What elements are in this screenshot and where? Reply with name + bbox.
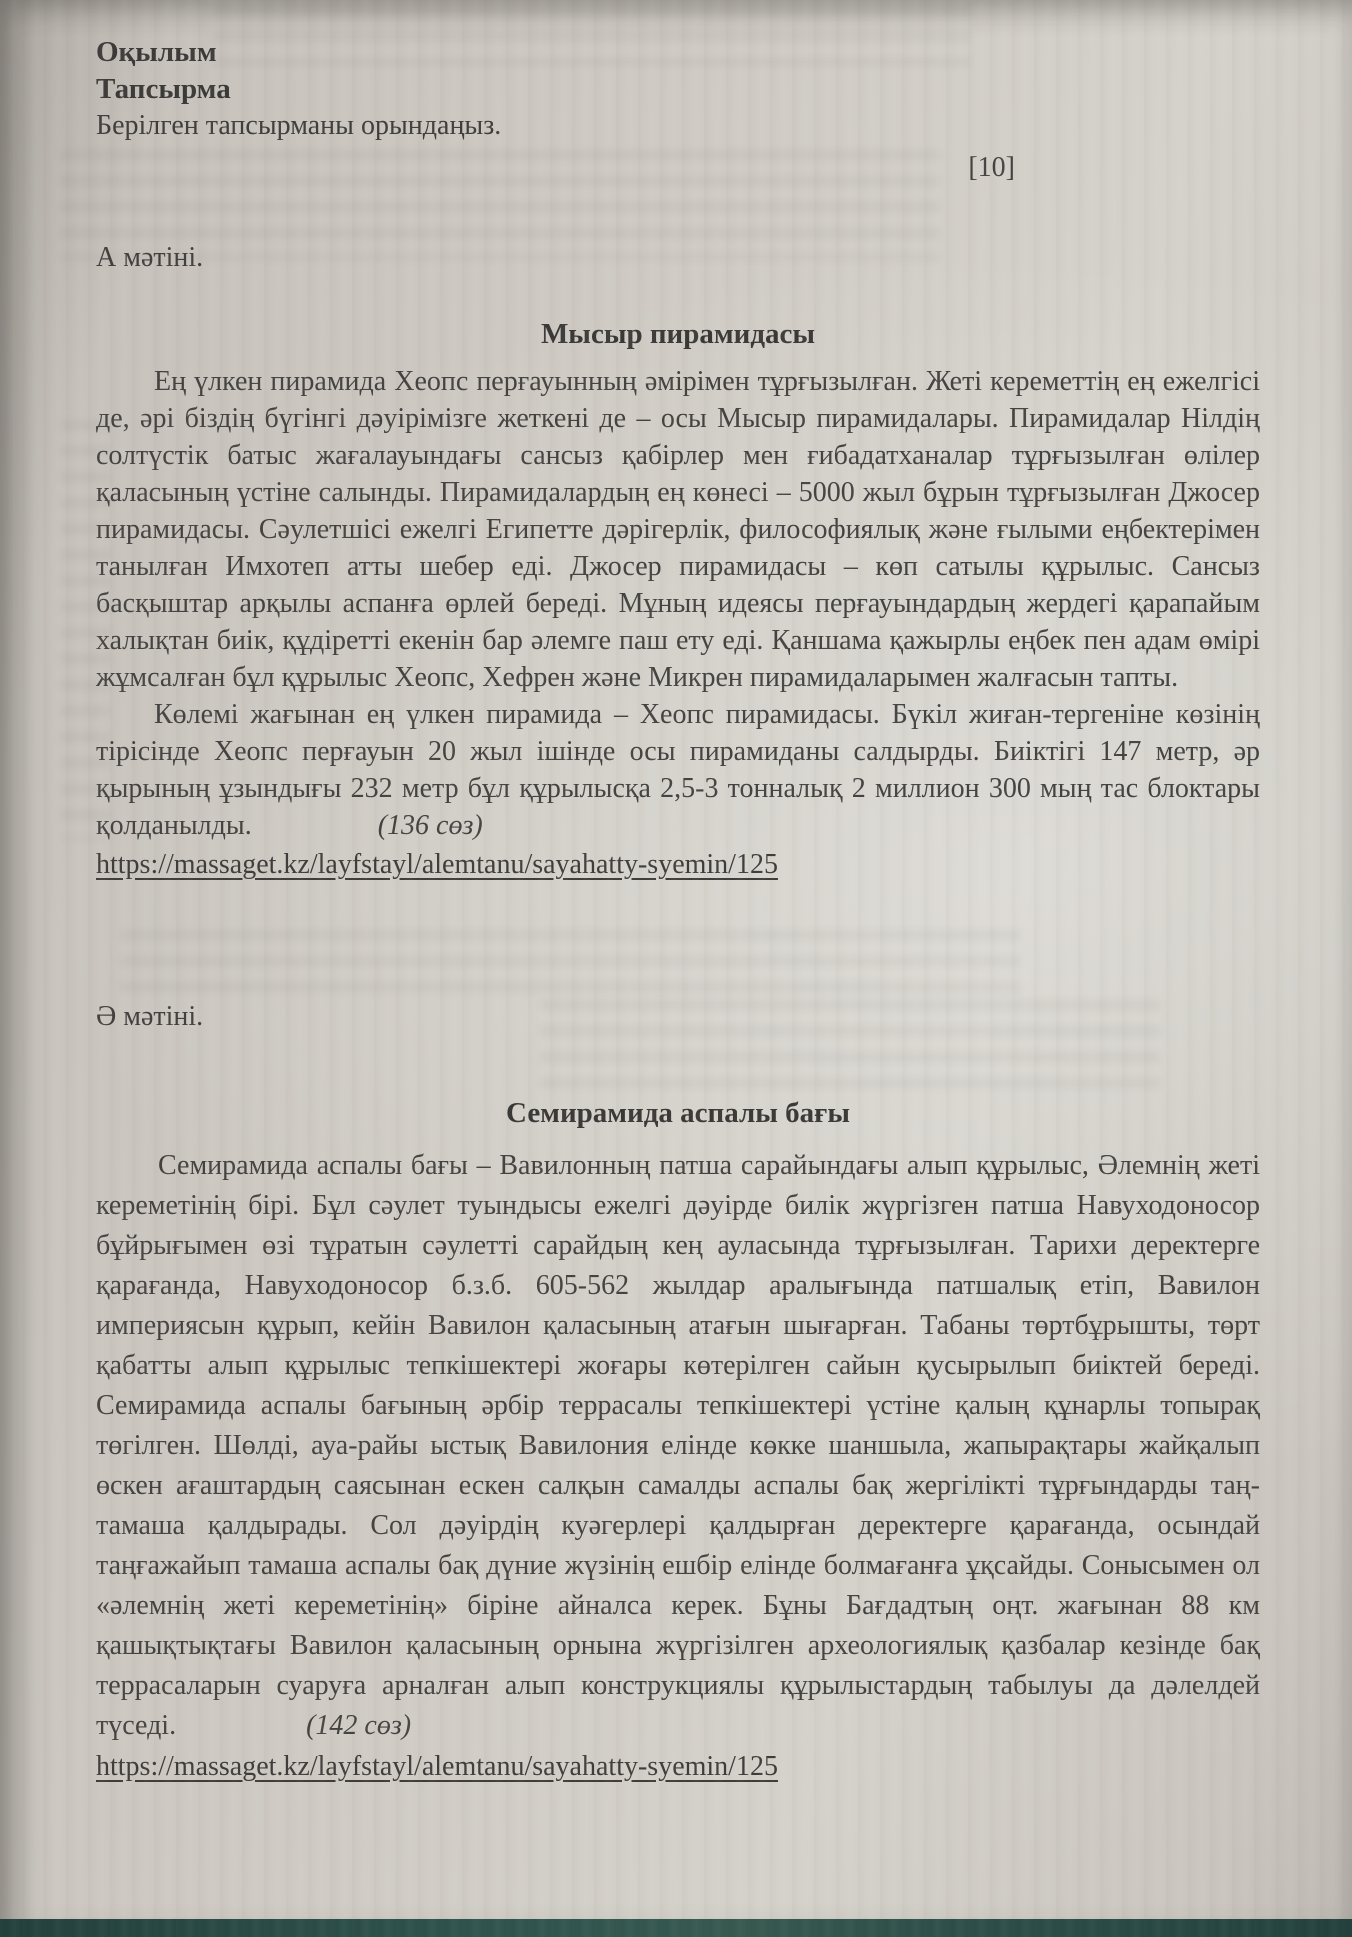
text-a-word-count: (136 сөз) <box>320 807 483 844</box>
photo-edge-strip <box>0 1919 1352 1937</box>
text-a-paragraph-2: Көлемі жағынан ең үлкен пирамида – Хеопс… <box>96 696 1260 844</box>
task-header: Оқылым Тапсырма Берілген тапсырманы орын… <box>96 34 1260 144</box>
page-content: Оқылым Тапсырма Берілген тапсырманы орын… <box>0 0 1352 1785</box>
text-b-title: Семирамида аспалы бағы <box>96 1097 1260 1130</box>
text-a-paragraph-1-text: Ең үлкен пирамида Хеопс перғауынның әмір… <box>96 366 1260 693</box>
text-a-paragraph-1: Ең үлкен пирамида Хеопс перғауынның әмір… <box>96 363 1260 696</box>
text-a-source-link[interactable]: https://massaget.kz/layfstayl/alemtanu/s… <box>96 846 778 883</box>
text-b-word-count: (142 сөз) <box>244 1706 411 1746</box>
text-b-source-link[interactable]: https://massaget.kz/layfstayl/alemtanu/s… <box>96 1748 778 1785</box>
marks-badge: [10] <box>96 152 1260 184</box>
text-b-paragraph-1: Семирамида аспалы бағы – Вавилонның патш… <box>96 1146 1260 1746</box>
text-b-label: Ә мәтіні. <box>96 1001 1260 1033</box>
section-heading-okylym: Оқылым <box>96 34 1260 71</box>
scanned-page: Оқылым Тапсырма Берілген тапсырманы орын… <box>0 0 1352 1937</box>
task-instruction: Берілген тапсырманы орындаңыз. <box>96 108 1260 144</box>
text-a-paragraph-2-text: Көлемі жағынан ең үлкен пирамида – Хеопс… <box>96 699 1260 841</box>
section-heading-tapsyrma: Тапсырма <box>96 71 1260 108</box>
text-a-title: Мысыр пирамидасы <box>96 318 1260 351</box>
text-b-paragraph-1-text: Семирамида аспалы бағы – Вавилонның патш… <box>96 1150 1260 1741</box>
text-a-label: А мәтіні. <box>96 242 1260 274</box>
